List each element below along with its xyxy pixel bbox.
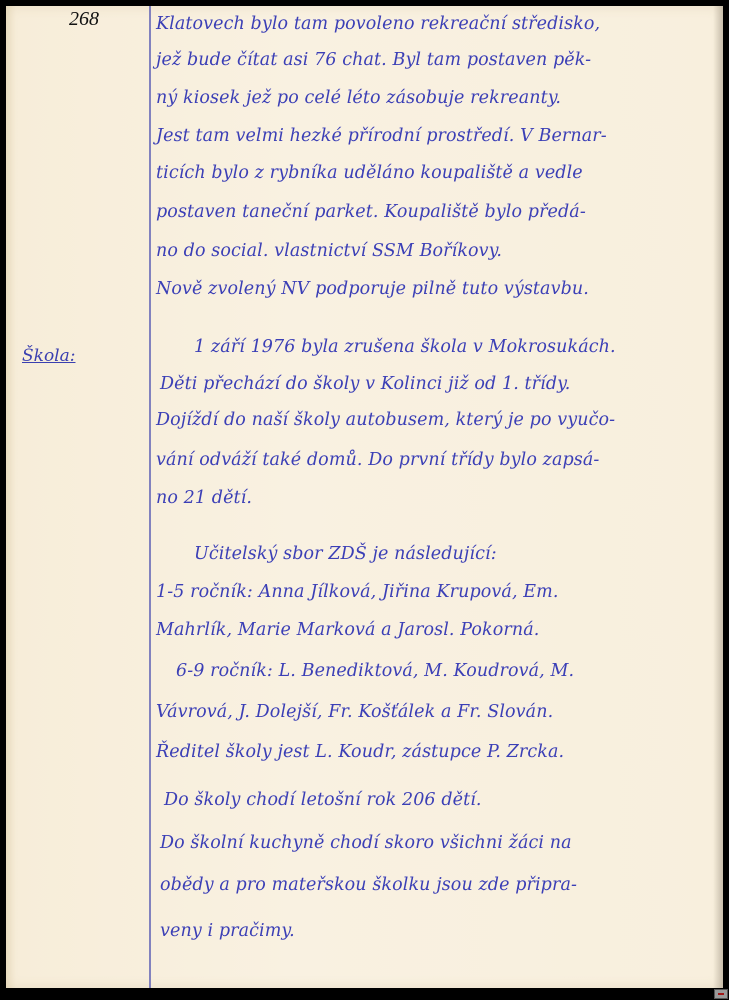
page-edge-shadow xyxy=(713,6,723,988)
text-line: Vávrová, J. Dolejší, Fr. Košťálek a Fr. … xyxy=(156,702,553,722)
text-line: postaven taneční parket. Koupaliště bylo… xyxy=(156,202,586,222)
text-line: 6-9 ročník: L. Benediktová, M. Koudrová,… xyxy=(176,661,574,681)
text-line: 1-5 ročník: Anna Jílková, Jiřina Krupová… xyxy=(156,582,559,602)
chronicle-page: 268 Škola: Klatovech bylo tam povoleno r… xyxy=(6,6,723,988)
text-line: Nově zvolený NV podporuje pilně tuto výs… xyxy=(156,279,589,299)
text-line: 1 září 1976 byla zrušena škola v Mokrosu… xyxy=(194,337,616,357)
page-number: 268 xyxy=(69,8,99,31)
text-line: veny i pračimy. xyxy=(160,921,295,941)
text-line: no 21 dětí. xyxy=(156,488,252,508)
text-line: ticích bylo z rybníka uděláno koupaliště… xyxy=(156,163,583,183)
text-line: Ředitel školy jest L. Koudr, zástupce P.… xyxy=(156,742,564,762)
text-line: obědy a pro mateřskou školku jsou zde př… xyxy=(160,875,577,895)
margin-note-skola: Škola: xyxy=(22,346,75,366)
text-line: no do social. vlastnictví SSM Boříkovy. xyxy=(156,241,502,261)
text-line: jež bude čítat asi 76 chat. Byl tam post… xyxy=(156,50,591,70)
text-line: vání odváží také domů. Do první třídy by… xyxy=(156,450,599,470)
margin-rule xyxy=(149,6,151,988)
text-line: Do školy chodí letošní rok 206 dětí. xyxy=(164,790,482,810)
text-line: ný kiosek jež po celé léto zásobuje rekr… xyxy=(156,88,561,108)
text-line: Dojíždí do naší školy autobusem, který j… xyxy=(156,410,615,430)
text-line: Klatovech bylo tam povoleno rekreační st… xyxy=(156,14,600,34)
minimize-icon[interactable] xyxy=(714,989,728,999)
text-line: Jest tam velmi hezké přírodní prostředí.… xyxy=(156,126,607,146)
text-line: Mahrlík, Marie Marková a Jarosl. Pokorná… xyxy=(156,620,539,640)
text-line: Do školní kuchyně chodí skoro všichni žá… xyxy=(160,833,572,853)
text-line: Učitelský sbor ZDŠ je následující: xyxy=(194,544,497,564)
text-line: Děti přechází do školy v Kolinci již od … xyxy=(160,374,570,394)
